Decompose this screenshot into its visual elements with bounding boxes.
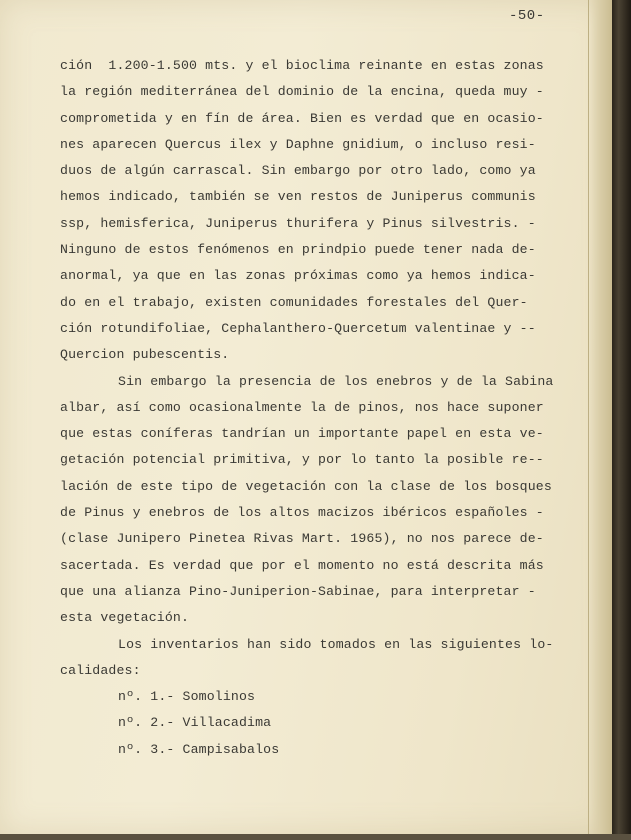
text-line: lación de este tipo de vegetación con la… bbox=[60, 474, 580, 500]
text-line: anormal, ya que en las zonas próximas co… bbox=[60, 263, 580, 289]
text-line: la región mediterránea del dominio de la… bbox=[60, 79, 580, 105]
paragraph: Sin embargo la presencia de los enebros … bbox=[60, 369, 580, 632]
text-line: hemos indicado, también se ven restos de… bbox=[60, 184, 580, 210]
scanner-edge bbox=[612, 0, 631, 840]
text-line: albar, así como ocasionalmente la de pin… bbox=[60, 395, 580, 421]
text-line: nes aparecen Quercus ilex y Daphne gnidi… bbox=[60, 132, 580, 158]
text-line: Quercion pubescentis. bbox=[60, 342, 580, 368]
scanner-bottom-edge bbox=[0, 834, 631, 840]
page-edge-shadow bbox=[588, 0, 613, 834]
typewritten-text-body: ción 1.200-1.500 mts. y el bioclima rein… bbox=[60, 53, 580, 763]
text-line: que una alianza Pino-Juniperion-Sabinae,… bbox=[60, 579, 580, 605]
text-line: de Pinus y enebros de los altos macizos … bbox=[60, 500, 580, 526]
text-line: do en el trabajo, existen comunidades fo… bbox=[60, 290, 580, 316]
text-line: (clase Junipero Pinetea Rivas Mart. 1965… bbox=[60, 526, 580, 552]
text-line: calidades: bbox=[60, 658, 580, 684]
text-line: ción 1.200-1.500 mts. y el bioclima rein… bbox=[60, 53, 580, 79]
locality-item: nº. 2.- Villacadima bbox=[60, 710, 580, 736]
paragraph: ción 1.200-1.500 mts. y el bioclima rein… bbox=[60, 53, 580, 369]
text-line: ssp, hemisferica, Juniperus thurifera y … bbox=[60, 211, 580, 237]
text-line: esta vegetación. bbox=[60, 605, 580, 631]
text-line: getación potencial primitiva, y por lo t… bbox=[60, 447, 580, 473]
text-line: Sin embargo la presencia de los enebros … bbox=[60, 369, 580, 395]
document-page: -50- ción 1.200-1.500 mts. y el bioclima… bbox=[0, 0, 612, 834]
text-line: comprometida y en fín de área. Bien es v… bbox=[60, 106, 580, 132]
text-line: que estas coníferas tandrían un importan… bbox=[60, 421, 580, 447]
text-line: Los inventarios han sido tomados en las … bbox=[60, 632, 580, 658]
paragraph: Los inventarios han sido tomados en las … bbox=[60, 632, 580, 685]
text-line: ción rotundifoliae, Cephalanthero-Querce… bbox=[60, 316, 580, 342]
locality-item: nº. 1.- Somolinos bbox=[60, 684, 580, 710]
text-line: Ninguno de estos fenómenos en prindpio p… bbox=[60, 237, 580, 263]
locality-item: nº. 3.- Campisabalos bbox=[60, 737, 580, 763]
page-number: -50- bbox=[509, 8, 545, 24]
localities-list: nº. 1.- Somolinosnº. 2.- Villacadimanº. … bbox=[60, 684, 580, 763]
text-line: duos de algún carrascal. Sin embargo por… bbox=[60, 158, 580, 184]
text-line: sacertada. Es verdad que por el momento … bbox=[60, 553, 580, 579]
